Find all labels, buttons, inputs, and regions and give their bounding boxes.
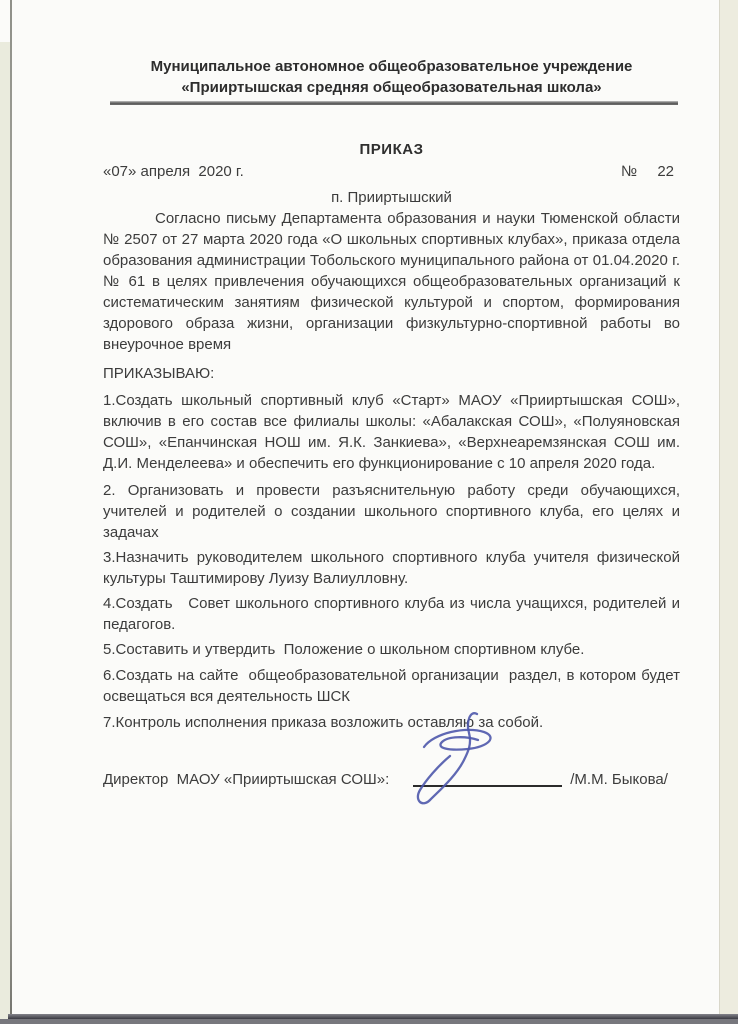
header-rule [110,101,678,105]
signature-label: Директор МАОУ «Прииртышская СОШ»: [103,769,389,790]
order-item-3: 3.Назначить руководителем школьного спор… [103,547,680,589]
scan-bottom-shadow [0,1019,738,1024]
number-sign: № [621,163,637,180]
preamble-paragraph: Согласно письму Департамента образования… [103,208,680,355]
order-item-2: 2. Организовать и провести разъяснительн… [103,480,680,543]
signature-ink [385,690,505,820]
scan-right-margin [719,0,738,1024]
organization-name-line1: Муниципальное автономное общеобразовател… [103,56,680,77]
document-date: «07» апреля 2020 г. [103,161,244,182]
organization-header: Муниципальное автономное общеобразовател… [103,56,680,98]
scanned-document-page: Муниципальное автономное общеобразовател… [0,0,738,1024]
organization-name-line2: «Прииртышская средняя общеобразовательна… [103,77,680,98]
order-item-4: 4.Создать Совет школьного спортивного кл… [103,593,680,635]
signature-name: /М.М. Быкова/ [570,769,668,790]
document-title: ПРИКАЗ [103,139,680,160]
document-place: п. Прииртышский [103,187,680,208]
scan-left-margin [0,42,10,1024]
order-item-1: 1.Создать школьный спортивный клуб «Стар… [103,390,680,474]
scan-left-edge-line [10,0,12,1018]
command-word: ПРИКАЗЫВАЮ: [103,363,680,384]
document-number: № 22 [621,161,680,182]
signature-loop-stroke [424,730,491,750]
signature-main-stroke [418,713,477,803]
number-value: 22 [657,161,674,182]
document-content: Муниципальное автономное общеобразовател… [103,56,680,790]
date-number-row: «07» апреля 2020 г. № 22 [103,161,680,182]
order-item-5: 5.Составить и утвердить Положение о школ… [103,639,680,660]
